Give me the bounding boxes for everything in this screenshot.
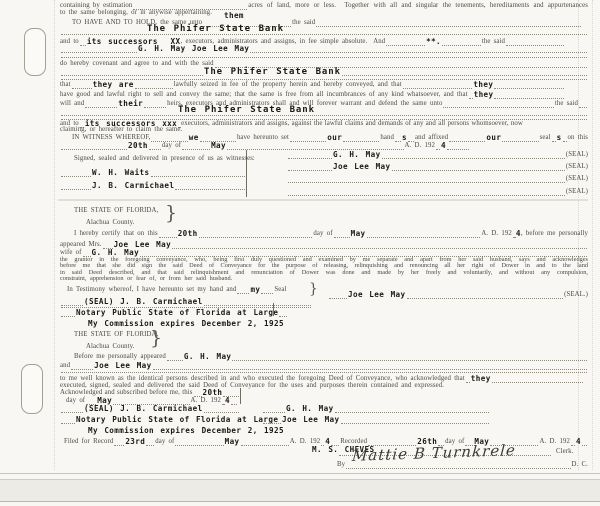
typed-signature-joe-lee-may: Joe Lee May: [348, 291, 406, 300]
dower-paragraph: the grantor in the foregoing conveyance,…: [60, 257, 588, 282]
witness-signature-1: W. H. Waits: [60, 169, 246, 177]
typed-year: 4: [441, 142, 446, 151]
dotted-leader: [407, 296, 564, 299]
dotted-leader: [144, 105, 166, 108]
state-brace-1: }: [165, 204, 177, 223]
typed-year: 4: [576, 438, 581, 447]
typed-day: 20th: [128, 142, 148, 151]
dotted-leader: [288, 193, 565, 196]
dotted-leader: [167, 358, 183, 361]
dotted-leader: [263, 421, 281, 424]
printed-text: hand: [380, 134, 394, 142]
typed-signature-gh-may: G. H. May: [286, 405, 334, 414]
dotted-leader: [151, 174, 246, 177]
line-before-appeared: Before me personally appeared G. H. May: [74, 353, 588, 361]
printed-text: THE STATE OF FLORIDA,: [74, 207, 158, 215]
dower-line-4: constraint, apprehension or fear of, or …: [60, 276, 588, 282]
dotted-leader: [61, 187, 91, 190]
page-edge-line: [0, 473, 600, 474]
dotted-leader: [494, 86, 564, 89]
dotted-leader: [135, 86, 173, 89]
printed-text: In Testimony whereof, I have hereunto se…: [67, 286, 236, 294]
printed-text: A. D. 192: [481, 230, 512, 238]
typed-commission: My Commission expires December 2, 1925: [88, 320, 284, 329]
clerk-label: Clerk.: [556, 448, 573, 456]
printed-text: A. D. 192: [539, 438, 570, 446]
ruled-line: [60, 55, 588, 58]
printed-text: , before me personally: [521, 230, 588, 238]
dotted-leader: [261, 291, 273, 294]
typed-signature-gh-may: G. H. May: [333, 151, 381, 160]
dotted-leader: [288, 156, 332, 159]
witness-signature-2: J. B. Carmichael: [60, 182, 246, 190]
notary-bracket-line: [273, 303, 274, 316]
blank-seal-line-1: (SEAL): [287, 175, 588, 183]
dotted-leader: [342, 73, 587, 76]
printed-text: have hereunto set: [237, 134, 289, 142]
hole-punch-bottom: [21, 364, 43, 414]
county-heading-1: Alachua County.: [86, 219, 135, 227]
printed-text: seal: [540, 134, 551, 142]
dotted-leader: [466, 380, 470, 383]
dotted-leader: [232, 358, 587, 361]
dotted-leader: [346, 466, 570, 469]
notary-signature-2: (SEAL) J. B. Carmichael: [60, 405, 240, 413]
dotted-leader: [492, 380, 583, 383]
typed-their: their: [118, 100, 143, 109]
dotted-leader: [85, 105, 117, 108]
printed-text: Before me personally appeared: [74, 353, 166, 361]
printed-text: day of: [313, 230, 332, 238]
dotted-leader: [114, 443, 124, 446]
line-date-main: 20th day of May A. D. 192 4: [60, 142, 470, 150]
typed-commission: My Commission expires December 2, 1925: [88, 427, 284, 436]
typed-month: May: [211, 142, 226, 151]
dotted-leader: [250, 50, 587, 53]
dotted-leader: [61, 50, 137, 53]
dotted-leader: [335, 410, 489, 413]
seal-label: (SEAL.): [564, 291, 588, 299]
printed-text: THE STATE OF FLORIDA,: [74, 331, 158, 339]
printed-text: By: [337, 461, 345, 469]
dotted-leader: [61, 314, 75, 317]
printed-text: that: [60, 81, 71, 89]
commission-line-1: My Commission expires December 2, 1925: [88, 320, 284, 328]
dotted-leader: [288, 180, 565, 183]
printed-text: A. D. 192: [405, 142, 436, 150]
dotted-leader: [263, 410, 285, 413]
printed-text: will and: [60, 100, 84, 108]
left-edge-line: [54, 0, 55, 470]
printed-text: day of: [162, 142, 181, 150]
line-witness-presence: Signed, sealed and delivered in presence…: [74, 155, 255, 163]
line-claiming: claiming, or hereafter to claim the same…: [60, 126, 182, 134]
printed-text: Seal: [274, 286, 286, 294]
dotted-leader: [288, 168, 332, 171]
state-heading-2: THE STATE OF FLORIDA,: [74, 331, 158, 339]
line-good-right: have good and lawful right to sell and c…: [60, 91, 565, 99]
dotted-leader: [382, 156, 565, 159]
typed-gh-may: G. H. May: [184, 353, 232, 362]
dotted-leader: [392, 168, 565, 171]
state-brace-2: }: [150, 329, 162, 348]
ruled-line: [60, 113, 588, 116]
dotted-leader: [61, 113, 587, 116]
ruled-line: [60, 370, 588, 373]
ruled-line: [60, 32, 588, 35]
dotted-leader: [182, 147, 210, 150]
typed-grantor-names: G. H. May Joe Lee May: [138, 45, 249, 54]
dotted-leader: [175, 443, 223, 446]
typed-bank-name: The Phifer State Bank: [204, 67, 341, 77]
dotted-leader: [146, 443, 154, 446]
typed-signature-joe-lee-may: Joe Lee May: [282, 416, 340, 425]
seal-label: (SEAL): [566, 175, 588, 183]
dotted-leader: [61, 73, 203, 76]
dotted-leader: [552, 139, 556, 142]
printed-text: Clerk.: [556, 448, 573, 456]
typed-grantee-bank-2: The Phifer State Bank: [60, 67, 588, 76]
typed-filed-day: 23rd: [125, 438, 145, 447]
testimony-brace: }: [309, 282, 318, 296]
dotted-leader: [61, 55, 587, 58]
signature-line-gh-may-2: G. H. May: [262, 405, 490, 413]
dotted-leader: [175, 187, 245, 190]
line-acknowledged: Acknowledged and subscribed before me, t…: [60, 389, 240, 397]
dotted-leader: [579, 105, 587, 108]
typed-they-are: they are: [93, 81, 134, 90]
seal-label: (SEAL): [566, 151, 588, 159]
printed-text: day of: [155, 438, 174, 446]
signature-line-joe-lee-may-notary: Joe Lee May (SEAL.): [328, 291, 588, 299]
dotted-leader: [367, 235, 481, 238]
seal-label: (SEAL): [566, 188, 588, 196]
typed-month: May: [351, 230, 366, 239]
typed-they: they: [473, 81, 493, 90]
dotted-leader: [571, 443, 575, 446]
dotted-leader: [563, 139, 567, 142]
blank-seal-line-2: (SEAL): [287, 188, 588, 196]
printed-text: Signed, sealed and delivered in presence…: [74, 155, 255, 163]
printed-text: Alachua County.: [86, 219, 135, 227]
dotted-leader: [494, 96, 564, 99]
printed-text: executors, administrators and assigns, a…: [181, 120, 523, 128]
line-testimony: In Testimony whereof, I have hereunto se…: [67, 286, 287, 294]
typed-witness-waits: W. H. Waits: [92, 169, 150, 178]
dotted-leader: [61, 174, 91, 177]
dotted-leader: [61, 410, 83, 413]
typed-my: my: [250, 286, 260, 295]
dotted-leader: [279, 314, 287, 317]
signature-line-joe-lee-may-2: Joe Lee May: [262, 416, 490, 424]
ruled-line: [60, 77, 588, 80]
dotted-leader: [513, 235, 515, 238]
dotted-leader: [469, 96, 473, 99]
typed-notary-title: Notary Public State of Florida at Large: [76, 309, 278, 318]
typed-they: they: [471, 375, 491, 384]
dotted-leader: [316, 24, 581, 27]
typed-day: 20th: [178, 230, 198, 239]
line-appeared-mrs: appeared Mrs. Joe Lee May: [60, 241, 588, 249]
line-certify: I hereby certify that on this 20th day o…: [74, 230, 588, 238]
deed-document-scan: containing by estimation acres of land, …: [0, 0, 600, 506]
dotted-leader: [329, 296, 347, 299]
dc-label: D. C.: [572, 461, 588, 469]
printed-text: to the same belonging, or in anywise app…: [60, 9, 212, 17]
dotted-leader: [237, 291, 249, 294]
notary-title-1: Notary Public State of Florida at Large: [60, 309, 326, 317]
commission-line-2: My Commission expires December 2, 1925: [88, 427, 284, 435]
typed-month: May: [225, 438, 240, 447]
printed-text: and: [60, 362, 70, 370]
printed-text: Alachua County.: [86, 343, 135, 351]
typed-seal-carmichael: (SEAL) J. B. Carmichael: [84, 405, 203, 414]
dotted-leader: [241, 443, 289, 446]
seal-label: (SEAL): [566, 163, 588, 171]
line-in-witness: IN WITNESS WHEREOF, we have hereunto set…: [72, 134, 588, 142]
dotted-leader: [61, 370, 587, 373]
printed-text: Filed for Record: [64, 438, 113, 446]
state-heading-1: THE STATE OF FLORIDA,: [74, 207, 158, 215]
printed-text: I hereby certify that on this: [74, 230, 158, 238]
typed-notary-title: Notary Public State of Florida at Large: [76, 416, 278, 425]
dotted-leader: [443, 105, 553, 108]
page-edge-band: [0, 479, 600, 502]
typed-our: our: [486, 134, 501, 143]
county-heading-2: Alachua County.: [86, 343, 135, 351]
line-belonging: to the same belonging, or in anywise app…: [60, 9, 212, 17]
line-grantor-names: G. H. May Joe Lee May: [60, 45, 588, 53]
dotted-leader: [436, 147, 440, 150]
printed-text: Acknowledged and subscribed before me, t…: [60, 389, 193, 397]
dotted-leader: [72, 86, 92, 89]
dotted-leader: [159, 235, 177, 238]
dotted-leader: [341, 421, 490, 424]
dotted-leader: [582, 443, 587, 446]
dotted-leader: [447, 147, 469, 150]
hole-punch-top: [24, 28, 46, 76]
dotted-leader: [403, 86, 473, 89]
printed-text: lawfully seized in fee of the property h…: [174, 81, 402, 89]
line-warrant: will and their heirs, executors and admi…: [60, 100, 588, 108]
printed-text: day of: [66, 397, 85, 405]
dotted-leader: [334, 235, 350, 238]
printed-text: the said: [555, 100, 578, 108]
signature-line-joe-lee-may: Joe Lee May (SEAL): [287, 163, 588, 171]
right-edge-line-2: [592, 0, 593, 470]
dotted-leader: [61, 421, 75, 424]
scan-shadow-line: [58, 199, 588, 201]
printed-text: claiming, or hereafter to claim the same…: [60, 126, 182, 134]
printed-text: the said: [292, 19, 315, 27]
line-seized: that they are lawfully seized in fee of …: [60, 81, 565, 89]
printed-text: on this: [568, 134, 588, 142]
dotted-leader: [149, 147, 161, 150]
printed-text: have good and lawful right to sell and c…: [60, 91, 468, 99]
line-and-joe-lee: and Joe Lee May: [60, 362, 588, 370]
dotted-leader: [199, 235, 313, 238]
printed-text: acres of land, more or less. Together wi…: [248, 2, 588, 10]
typed-witness-carmichael: J. B. Carmichael: [92, 182, 174, 191]
dotted-leader: [61, 32, 587, 35]
typed-plural-s: s: [557, 134, 562, 143]
typed-signature-joe-lee-may: Joe Lee May: [333, 163, 391, 172]
typed-they: they: [474, 91, 494, 100]
dotted-leader: [61, 147, 127, 150]
signature-line-gh-may: G. H. May (SEAL): [287, 151, 588, 159]
dotted-leader: [502, 139, 538, 142]
acknowledgment-bracket-line: [240, 388, 241, 404]
dotted-leader: [61, 77, 587, 80]
dotted-leader: [204, 410, 239, 413]
